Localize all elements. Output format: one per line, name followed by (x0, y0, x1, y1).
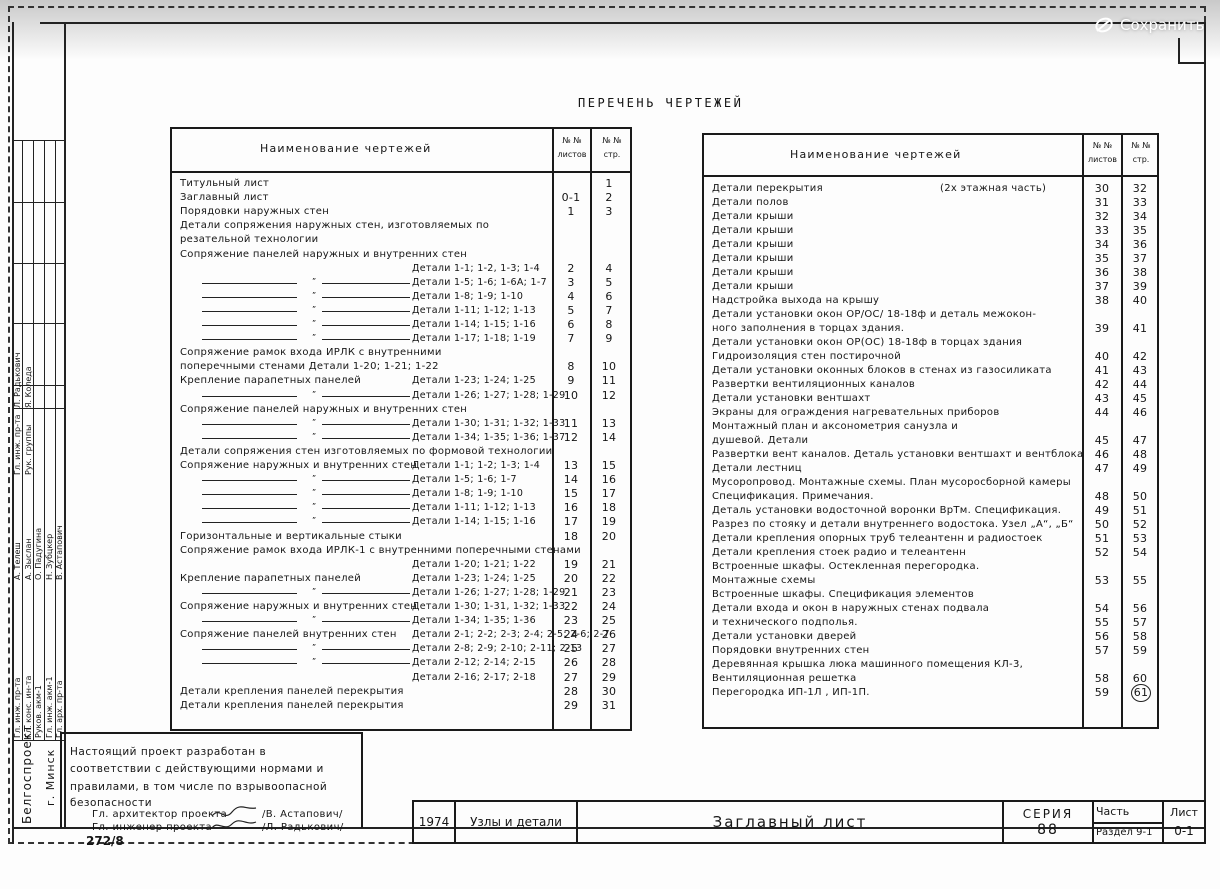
drawing-name: Надстройка выхода на крышу (712, 294, 879, 307)
page-number: 12 (594, 389, 624, 402)
sheet-number: 19 (556, 558, 586, 571)
stamp-name: О. Падугина (34, 528, 43, 580)
ditto-mark: ” (312, 303, 316, 316)
sheet-value: 0-1 (1174, 822, 1194, 840)
drawing-name: Крепление парапетных панелей (180, 572, 361, 585)
note-line: соответствии с действующими нормами и (70, 763, 324, 775)
ditto-line (202, 593, 297, 594)
sheet-number: 13 (556, 459, 586, 472)
drawing-name: Развертки вент каналов. Деталь установки… (712, 448, 1083, 461)
ditto-line (202, 325, 297, 326)
drawing-details: Детали 1-1; 1-2; 1-3; 1-4 (412, 459, 540, 472)
ditto-line (202, 339, 297, 340)
page-number: 16 (594, 473, 624, 486)
page-number: 25 (594, 614, 624, 627)
page-number: 15 (594, 459, 624, 472)
drawing-details: Детали 1-30; 1-31, 1-32; 1-33 (412, 600, 565, 613)
ditto-line (322, 325, 410, 326)
drawing-name: Гидроизоляция стен постирочной (712, 350, 901, 363)
page-number: 2 (594, 191, 624, 204)
sheet-number: 8 (556, 360, 586, 373)
page-number: 14 (594, 431, 624, 444)
page-number: 56 (1125, 602, 1155, 615)
ditto-line (202, 522, 297, 523)
organization-name: Белгоспроект (20, 724, 34, 824)
ditto-line (322, 649, 410, 650)
save-icon (1094, 17, 1114, 33)
page-number: 36 (1125, 238, 1155, 251)
corner-mark (1178, 38, 1204, 64)
sheet-number: 21 (556, 586, 586, 599)
page-number: 8 (594, 318, 624, 331)
note-line: Настоящий проект разработан в (70, 746, 266, 758)
drawing-details: Детали 1-30; 1-31; 1-32; 1-33 (412, 417, 566, 430)
sheet-number: 51 (1087, 532, 1117, 545)
drawing-details: Детали 1-26; 1-27; 1-28; 1-29 (412, 586, 566, 599)
ditto-mark: ” (312, 289, 316, 302)
drawing-details: Детали 1-5; 1-6; 1-7 (412, 473, 517, 486)
sheet-number: 23 (556, 614, 586, 627)
page-number: 10 (594, 360, 624, 373)
drawing-name: Встроенные шкафы. Остекленная перегородк… (712, 560, 979, 573)
page-number: 22 (594, 572, 624, 585)
page-number: 61 (1131, 684, 1151, 702)
frame-top-line (40, 22, 1206, 24)
sheet-number: 42 (1087, 378, 1117, 391)
page-number: 11 (594, 374, 624, 387)
chief-architect-label: Гл. архитектор проекта (92, 809, 227, 820)
drawing-name: Крепление парапетных панелей (180, 374, 361, 387)
sheet-number: 36 (1087, 266, 1117, 279)
drawing-name: Сопряжение панелей наружных и внутренних… (180, 403, 467, 416)
drawing-name: Детали установки оконных блоков в стенах… (712, 364, 1052, 377)
sheet-number: 16 (556, 501, 586, 514)
drawing-name: Порядовки внутренних стен (712, 644, 870, 657)
approval-stamp: Гл. инж. пр-таГл. конс. ин-таРуков. акм-… (12, 140, 66, 740)
ditto-mark: ” (312, 641, 316, 654)
ditto-line (202, 494, 297, 495)
ditto-mark: ” (312, 472, 316, 485)
page-number: 31 (594, 699, 624, 712)
page-number: 41 (1125, 322, 1155, 335)
drawing-name: Детали сопряжения стен изготовляемых по … (180, 445, 552, 458)
drawing-name: Детали полов (712, 196, 789, 209)
drawing-details: Детали 1-14; 1-15; 1-16 (412, 515, 536, 528)
drawing-name: Монтажные схемы (712, 574, 816, 587)
drawing-name: Деталь установки водосточной воронки ВрТ… (712, 504, 1061, 517)
drawing-note: (2х этажная часть) (940, 182, 1046, 195)
ditto-line (322, 480, 410, 481)
title-subject: Узлы и детали (456, 802, 578, 842)
sheet-number: 20 (556, 572, 586, 585)
ditto-line (202, 663, 297, 664)
sheet-number: 15 (556, 487, 586, 500)
organization-box: Белгоспроект г. Минск (12, 740, 62, 828)
ditto-mark: ” (312, 275, 316, 288)
drawing-details: Детали 1-8; 1-9; 1-10 (412, 290, 523, 303)
drawing-name: Сопряжение наружных и внутренних стен (180, 600, 417, 613)
page-number: 13 (594, 417, 624, 430)
stamp-name: А. Зыслан (24, 538, 33, 580)
drawing-name: Детали крыши (712, 280, 794, 293)
save-label: Сохранить (1120, 16, 1204, 34)
header-sheets: № №листов (554, 134, 590, 162)
part-label: Часть (1094, 802, 1162, 824)
sheet-number: 45 (1087, 434, 1117, 447)
drawing-name: поперечными стенами Детали 1-20; 1-21; 1… (180, 360, 439, 373)
sheet-number: 48 (1087, 490, 1117, 503)
drawing-name: душевой. Детали (712, 434, 808, 447)
drawing-details: Детали 1-34; 1-35; 1-36; 1-37 (412, 431, 566, 444)
sheet-number: 43 (1087, 392, 1117, 405)
sheet-number: 32 (1087, 210, 1117, 223)
drawing-details: Детали 2-12; 2-14; 2-15 (412, 656, 536, 669)
series-label: Серия (1023, 806, 1074, 822)
page-number: 20 (594, 530, 624, 543)
title-year: 1974 (414, 802, 456, 842)
drawing-name: Детали перекрытия (712, 182, 823, 195)
stamp-name: В. Астапович (55, 525, 64, 580)
page-number: 17 (594, 487, 624, 500)
drawing-name: Сопряжение рамок входа ИРЛК-1 с внутренн… (180, 544, 581, 557)
drawing-name: Заглавный лист (180, 191, 269, 204)
page-number: 7 (594, 304, 624, 317)
stamp-name: Л. Радькович (13, 353, 22, 408)
page-number: 19 (594, 515, 624, 528)
title-block: 1974 Узлы и детали Заглавный лист Серия … (412, 800, 1206, 844)
drawing-name: Детали крепления панелей перекрытия (180, 685, 404, 698)
ditto-line (322, 297, 410, 298)
drawing-details: Детали 1-23; 1-24; 1-25 (412, 572, 536, 585)
page-number: 51 (1125, 504, 1155, 517)
page-number: 54 (1125, 546, 1155, 559)
drawing-name: Детали установки окон ОР(ОС) 18-18ф в то… (712, 336, 1022, 349)
drawing-name: Детали крыши (712, 252, 794, 265)
ditto-line (202, 283, 297, 284)
note-line: правилами, в том числе по взрывоопасной (70, 781, 327, 793)
page-number: 23 (594, 586, 624, 599)
sheet-number: 25 (556, 642, 586, 655)
ditto-mark: ” (312, 317, 316, 330)
ditto-line (322, 283, 410, 284)
drawing-name: Вентиляционная решетка (712, 672, 857, 685)
page-number: 42 (1125, 350, 1155, 363)
sheet-number: 37 (1087, 280, 1117, 293)
title-sheet: Лист 0-1 (1164, 802, 1204, 842)
ditto-line (322, 438, 410, 439)
page-number: 32 (1125, 182, 1155, 195)
ditto-mark: ” (312, 500, 316, 513)
save-button[interactable]: Сохранить (1094, 16, 1204, 34)
compliance-note: Настоящий проект разработан в соответств… (60, 732, 363, 828)
page-number: 44 (1125, 378, 1155, 391)
signature-icon (210, 804, 260, 834)
page-number: 1 (594, 177, 624, 190)
drawings-table-left: Наименование чертежей № №листов № №стр. … (170, 127, 632, 731)
drawing-name: Детали крыши (712, 238, 794, 251)
sheet-number: 4 (556, 290, 586, 303)
drawing-name: Детали крепления стоек радио и телеантен… (712, 546, 966, 559)
sheet-number: 26 (556, 656, 586, 669)
stamp-role: Гл. инж. акм-1 (45, 676, 54, 738)
sheet-number: 6 (556, 318, 586, 331)
ditto-line (202, 424, 297, 425)
ditto-mark: ” (312, 486, 316, 499)
header-sheets: № №листов (1084, 139, 1121, 167)
page-title: ПЕРЕЧЕНЬ ЧЕРТЕЖЕЙ (578, 96, 743, 110)
ditto-mark: ” (312, 514, 316, 527)
sheet-number: 58 (1087, 672, 1117, 685)
drawing-name: Мусоропровод. Монтажные схемы. План мусо… (712, 476, 1071, 489)
page-number: 43 (1125, 364, 1155, 377)
page-number: 37 (1125, 252, 1155, 265)
page-number: 52 (1125, 518, 1155, 531)
sheet-number: 35 (1087, 252, 1117, 265)
sheet-number: 14 (556, 473, 586, 486)
ditto-line (322, 396, 410, 397)
ditto-mark: ” (312, 613, 316, 626)
drawing-name: Развертки вентиляционных каналов (712, 378, 915, 391)
drawing-name: Перегородка ИП-1Л , ИП-1П. (712, 686, 870, 699)
document-number: 272/8 (86, 834, 124, 848)
sheet-number: 24 (556, 628, 586, 641)
ditto-mark: ” (312, 430, 316, 443)
ditto-line (322, 621, 410, 622)
sheet-number: 47 (1087, 462, 1117, 475)
sheet-number: 57 (1087, 644, 1117, 657)
page-number: 58 (1125, 630, 1155, 643)
sheet-number: 28 (556, 685, 586, 698)
stamp-role: Руков. акм-1 (34, 685, 43, 738)
page-number: 5 (594, 276, 624, 289)
note-line: безопасности (70, 797, 152, 809)
drawing-name: Детали установки окон ОР/ОС/ 18-18ф и де… (712, 308, 1036, 321)
drawing-details: Детали 1-26; 1-27; 1-28; 1-29 (412, 389, 566, 402)
page-number: 48 (1125, 448, 1155, 461)
sheet-number: 2 (556, 262, 586, 275)
sheet-number: 41 (1087, 364, 1117, 377)
sheet-number: 9 (556, 374, 586, 387)
sheet-number: 54 (1087, 602, 1117, 615)
ditto-mark: ” (312, 416, 316, 429)
page-number: 59 (1125, 644, 1155, 657)
ditto-line (322, 494, 410, 495)
drawing-name: Экраны для ограждения нагревательных при… (712, 406, 1000, 419)
page-number: 27 (594, 642, 624, 655)
page-number: 28 (594, 656, 624, 669)
drawing-details: Детали 1-8; 1-9; 1-10 (412, 487, 523, 500)
drawing-details: Детали 1-11; 1-12; 1-13 (412, 304, 536, 317)
page-number: 57 (1125, 616, 1155, 629)
title-series: Серия 88 (1004, 802, 1094, 842)
sheet-number: 44 (1087, 406, 1117, 419)
stamp-name: Н. Зубцкер (45, 534, 54, 580)
sheet-number: 7 (556, 332, 586, 345)
drawing-details: Детали 1-5; 1-6; 1-6А; 1-7 (412, 276, 547, 289)
drawings-table-right: Наименование чертежей № №листов № №стр. … (702, 133, 1159, 729)
sheet-number: 46 (1087, 448, 1117, 461)
page-number: 46 (1125, 406, 1155, 419)
sheet-number: 27 (556, 671, 586, 684)
ditto-mark: ” (312, 655, 316, 668)
header-name: Наименование чертежей (790, 148, 961, 161)
drawing-details: Детали 1-20; 1-21; 1-22 (412, 558, 536, 571)
page-number: 49 (1125, 462, 1155, 475)
drawing-name: Детали входа и окон в наружных стенах по… (712, 602, 989, 615)
drawing-name: резательной технологии (180, 233, 318, 246)
drawing-name: Детали крепления опорных труб телеантенн… (712, 532, 1043, 545)
page-number: 55 (1125, 574, 1155, 587)
page-number: 50 (1125, 490, 1155, 503)
drawing-name: Встроенные шкафы. Спецификация элементов (712, 588, 974, 601)
sheet-label: Лист (1170, 804, 1198, 822)
drawing-name: Горизонтальные и вертикальные стыки (180, 530, 402, 543)
stamp-role: Гл. инж. пр-та (13, 414, 22, 475)
stamp-name: Я. Коледа (24, 366, 33, 408)
chief-engineer-label: Гл. инженер проекта (92, 822, 212, 833)
sheet-number: 53 (1087, 574, 1117, 587)
drawing-details: Детали 1-17; 1-18; 1-19 (412, 332, 536, 345)
stamp-name: А. Телеш (13, 542, 22, 580)
sheet-number: 55 (1087, 616, 1117, 629)
page-number: 30 (594, 685, 624, 698)
drawing-name: Сопряжение панелей наружных и внутренних… (180, 248, 467, 261)
sheet-number: 22 (556, 600, 586, 613)
drawing-name: Разрез по стояку и детали внутреннего во… (712, 518, 1074, 531)
title-sheet-name: Заглавный лист (578, 802, 1004, 842)
header-name: Наименование чертежей (260, 142, 431, 155)
ditto-line (322, 663, 410, 664)
page-number: 4 (594, 262, 624, 275)
ditto-line (202, 649, 297, 650)
drawing-name: Детали лестниц (712, 462, 802, 475)
drawing-details: Детали 1-34; 1-35; 1-36 (412, 614, 536, 627)
drawing-details: Детали 1-1; 1-2, 1-3; 1-4 (412, 262, 540, 275)
page-number: 24 (594, 600, 624, 613)
sheet-number: 10 (556, 389, 586, 402)
page-number: 35 (1125, 224, 1155, 237)
ditto-line (202, 311, 297, 312)
ditto-line (202, 621, 297, 622)
section-label: Раздел 9-1 (1094, 824, 1162, 842)
page-number: 40 (1125, 294, 1155, 307)
ditto-mark: ” (312, 388, 316, 401)
sheet-number: 29 (556, 699, 586, 712)
title-part-section: Часть Раздел 9-1 (1094, 802, 1164, 842)
page-number: 6 (594, 290, 624, 303)
drawing-name: и технического подполья. (712, 616, 858, 629)
ditto-mark: ” (312, 585, 316, 598)
sheet-number: 1 (556, 205, 586, 218)
ditto-line (322, 424, 410, 425)
drawing-name: Детали установки вентшахт (712, 392, 871, 405)
drawing-name: ного заполнения в торцах здания. (712, 322, 904, 335)
ditto-line (202, 297, 297, 298)
page-number: 34 (1125, 210, 1155, 223)
drawing-details: Детали 1-14; 1-15; 1-16 (412, 318, 536, 331)
organization-city: г. Минск (44, 749, 57, 806)
drawing-name: Сопряжение панелей внутренних стен (180, 628, 397, 641)
drawing-name: Деревянная крышка люка машинного помещен… (712, 658, 1023, 671)
header-pages: № №стр. (592, 134, 632, 162)
ditto-line (322, 339, 410, 340)
page-number: 18 (594, 501, 624, 514)
sheet-number: 3 (556, 276, 586, 289)
page-number: 53 (1125, 532, 1155, 545)
page-number: 26 (594, 628, 624, 641)
drawing-details: Детали 1-11; 1-12; 1-13 (412, 501, 536, 514)
ditto-line (202, 508, 297, 509)
page-number: 45 (1125, 392, 1155, 405)
sheet-number: 12 (556, 431, 586, 444)
sheet-number: 38 (1087, 294, 1117, 307)
frame-right-line (1204, 22, 1206, 828)
drawing-name: Детали установки дверей (712, 630, 856, 643)
page-number: 21 (594, 558, 624, 571)
sheet-number: 18 (556, 530, 586, 543)
sheet-number: 11 (556, 417, 586, 430)
drawing-name: Детали крыши (712, 266, 794, 279)
sheet-number: 40 (1087, 350, 1117, 363)
sheet-number: 56 (1087, 630, 1117, 643)
ditto-line (202, 480, 297, 481)
page-number: 39 (1125, 280, 1155, 293)
chief-engineer-name: /Л. Радькович/ (262, 822, 344, 833)
page-number: 33 (1125, 196, 1155, 209)
drawing-name: Сопряжение рамок входа ИРЛК с внутренним… (180, 346, 442, 359)
drawing-name: Монтажный план и аксонометрия санузла и (712, 420, 958, 433)
page-number: 9 (594, 332, 624, 345)
ditto-line (202, 438, 297, 439)
sheet-number: 33 (1087, 224, 1117, 237)
stamp-role: Гл. арх. пр-та (55, 680, 64, 738)
ditto-line (322, 508, 410, 509)
sheet-number: 52 (1087, 546, 1117, 559)
chief-architect-name: /В. Астапович/ (262, 809, 343, 820)
sheet-number: 30 (1087, 182, 1117, 195)
sheet-number: 39 (1087, 322, 1117, 335)
drawing-details: Детали 1-23; 1-24; 1-25 (412, 374, 536, 387)
header-pages: № №стр. (1123, 139, 1159, 167)
ditto-mark: ” (312, 331, 316, 344)
ditto-line (202, 396, 297, 397)
ditto-line (322, 593, 410, 594)
sheet-number: 59 (1087, 686, 1117, 699)
sheet-number: 34 (1087, 238, 1117, 251)
ditto-line (322, 522, 410, 523)
sheet-number: 17 (556, 515, 586, 528)
series-value: 88 (1037, 822, 1059, 838)
sheet-number: 0-1 (556, 191, 586, 204)
drawing-name: Детали сопряжения наружных стен, изготов… (180, 219, 489, 232)
drawing-name: Детали крепления панелей перекрытия (180, 699, 404, 712)
drawing-name: Сопряжение наружных и внутренних стен (180, 459, 417, 472)
drawing-name: Титульный лист (180, 177, 269, 190)
page-number: 29 (594, 671, 624, 684)
page-number: 47 (1125, 434, 1155, 447)
stamp-role: Рук. группы (24, 425, 33, 475)
sheet-number: 5 (556, 304, 586, 317)
sheet-number: 49 (1087, 504, 1117, 517)
sheet-number: 31 (1087, 196, 1117, 209)
drawing-details: Детали 2-16; 2-17; 2-18 (412, 671, 536, 684)
drawing-name: Детали крыши (712, 210, 794, 223)
drawing-name: Спецификация. Примечания. (712, 490, 874, 503)
sheet-number: 50 (1087, 518, 1117, 531)
page-number: 3 (594, 205, 624, 218)
drawing-name: Порядовки наружных стен (180, 205, 329, 218)
drawing-name: Детали крыши (712, 224, 794, 237)
